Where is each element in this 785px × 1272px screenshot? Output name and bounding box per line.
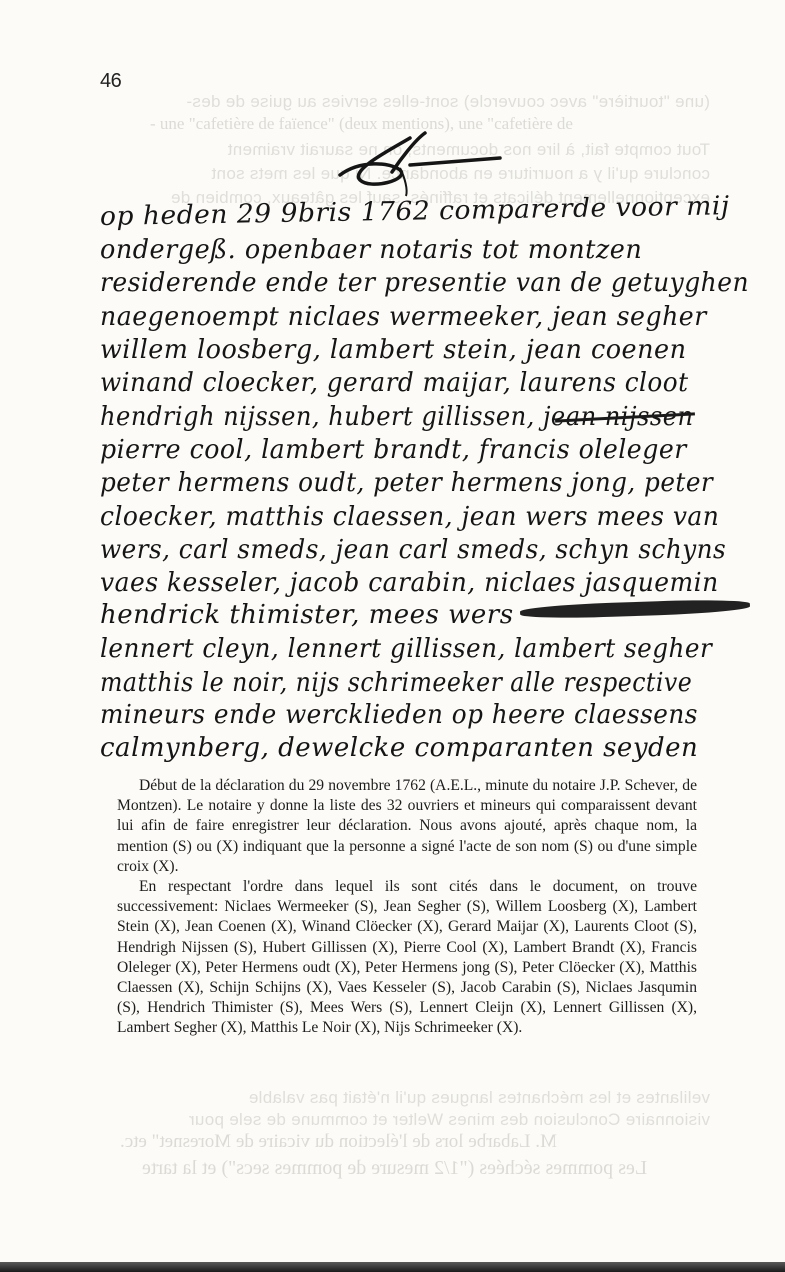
bleed-through-line: (une "tourtière" avec couvercle) sont-el… — [100, 92, 710, 112]
manuscript-facsimile: op heden 29 9bris 1762 comparerde voor m… — [100, 130, 780, 760]
scan-bottom-edge — [0, 1262, 785, 1272]
bleed-through-line: Les pommes séchées ("1/2 mesure de pomme… — [142, 1157, 647, 1180]
manuscript-line: pierre cool, lambert brandt, francis ole… — [100, 435, 687, 465]
page-number: 46 — [100, 70, 121, 93]
manuscript-line: vaes kesseler, jacob carabin, niclaes ja… — [100, 568, 719, 598]
manuscript-line: mineurs ende wercklieden op heere claess… — [100, 700, 698, 730]
book-page: (une "tourtière" avec couvercle) sont-el… — [0, 0, 785, 1262]
manuscript-line: naegenoempt niclaes wermeeker, jean segh… — [100, 302, 707, 332]
bleed-through-line: visionnaire Conclusion des mines Welter … — [100, 1110, 710, 1130]
manuscript-line: willem loosberg, lambert stein, jean coe… — [100, 335, 686, 365]
manuscript-line: calmynberg, dewelcke comparanten seyden — [100, 733, 698, 763]
manuscript-line: wers, carl smeds, jean carl smeds, schyn… — [100, 535, 726, 565]
figure-caption: Début de la déclaration du 29 novembre 1… — [117, 776, 697, 1039]
manuscript-line: lennert cleyn, lennert gillissen, lamber… — [100, 634, 712, 664]
manuscript-line: ondergeß. openbaer notaris tot montzen — [100, 235, 642, 265]
notary-flourish-icon — [330, 130, 510, 200]
manuscript-line: op heden 29 9bris 1762 comparerde voor m… — [100, 191, 730, 232]
caption-paragraph-description: Début de la déclaration du 29 novembre 1… — [117, 776, 697, 877]
manuscript-line: residerende ende ter presentie van de ge… — [100, 268, 749, 298]
bleed-through-line: M. Labarbe lors de l'élection du vicaire… — [120, 1131, 557, 1153]
manuscript-line: winand cloecker, gerard maijar, laurens … — [100, 368, 689, 398]
bleed-through-line: velilantes et les méchantes langues qu'i… — [100, 1088, 710, 1108]
manuscript-line: matthis le noir, nijs schrimeeker alle r… — [100, 668, 692, 698]
manuscript-line: peter hermens oudt, peter hermens jong, … — [100, 468, 713, 498]
ink-blot — [520, 598, 750, 620]
manuscript-line: hendrick thimister, mees wers — [100, 600, 514, 630]
manuscript-line: cloecker, matthis claessen, jean wers me… — [100, 502, 719, 532]
caption-paragraph-name-list: En respectant l'ordre dans lequel ils so… — [117, 877, 697, 1039]
